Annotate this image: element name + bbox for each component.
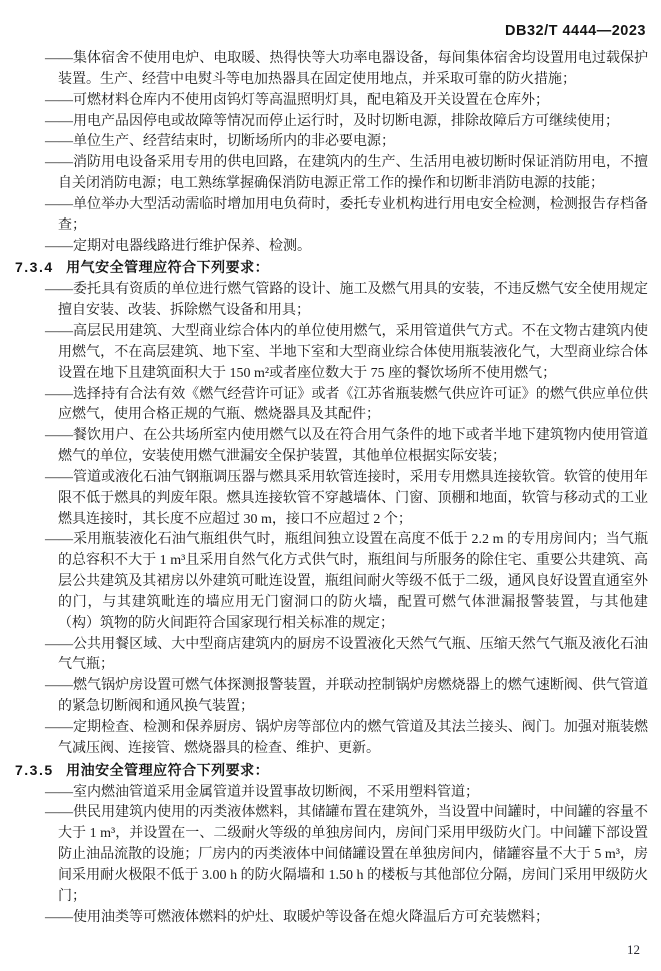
list-item: ——集体宿舍不使用电炉、电取暖、热得快等大功率电器设备，每间集体宿舍均设置用电过… [58, 49, 648, 91]
list-item: ——燃气锅炉房设置可燃气体探测报警装置，并联动控制锅炉房燃烧器上的燃气速断阀、供… [58, 676, 648, 718]
clause-title: 用油安全管理应符合下列要求： [66, 762, 269, 778]
clause-heading-gas: 7.3.4 用气安全管理应符合下列要求： [15, 257, 648, 280]
list-item: ——单位举办大型活动需临时增加用电负荷时，委托专业机构进行用电安全检测，检测报告… [58, 195, 648, 237]
list-item: ——用电产品因停电或故障等情况而停止运行时，及时切断电源，排除故障后方可继续使用… [58, 112, 648, 133]
list-item: ——使用油类等可燃液体燃料的炉灶、取暖炉等设备在熄火降温后方可充装燃料； [58, 908, 648, 929]
list-item: ——管道或液化石油气钢瓶调压器与燃具采用软管连接时，采用专用燃具连接软管。软管的… [58, 468, 648, 531]
page-number: 12 [627, 942, 640, 958]
list-item: ——消防用电设备采用专用的供电回路，在建筑内的生产、生活用电被切断时保证消防用电… [58, 153, 648, 195]
clause-number: 7.3.5 [15, 762, 54, 778]
list-item: ——供民用建筑内使用的丙类液体燃料，其储罐布置在建筑外，当设置中间罐时，中间罐的… [58, 803, 648, 907]
list-item: ——公共用餐区域、大中型商店建筑内的厨房不设置液化天然气气瓶、压缩天然气气瓶及液… [58, 635, 648, 677]
document-page: { "page": { "standard_code": "DB32/T 444… [0, 0, 661, 971]
clause-heading-oil: 7.3.5 用油安全管理应符合下列要求： [15, 760, 648, 783]
list-item: ——高层民用建筑、大型商业综合体内的单位使用燃气，采用管道供气方式。不在文物古建… [58, 322, 648, 385]
list-item: ——室内燃油管道采用金属管道并设置事故切断阀，不采用塑料管道； [58, 783, 648, 804]
clause-title: 用气安全管理应符合下列要求： [66, 259, 269, 275]
list-item: ——选择持有合法有效《燃气经营许可证》或者《江苏省瓶装燃气供应许可证》的燃气供应… [58, 385, 648, 427]
list-item: ——单位生产、经营结束时，切断场所内的非必要电源； [58, 132, 648, 153]
list-item: ——餐饮用户、在公共场所室内使用燃气以及在符合用气条件的地下或者半地下建筑物内使… [58, 426, 648, 468]
list-item: ——可燃材料仓库内不使用卤钨灯等高温照明灯具，配电箱及开关设置在仓库外； [58, 91, 648, 112]
list-item: ——定期对电器线路进行维护保养、检测。 [58, 237, 648, 258]
list-item: ——定期检查、检测和保养厨房、锅炉房等部位内的燃气管道及其法兰接头、阀门。加强对… [58, 718, 648, 760]
standard-code-header: DB32/T 4444—2023 [505, 21, 646, 42]
list-item: ——委托具有资质的单位进行燃气管路的设计、施工及燃气用具的安装，不违反燃气安全使… [58, 280, 648, 322]
list-item: ——采用瓶装液化石油气瓶组供气时，瓶组间独立设置在高度不低于 2.2 m 的专用… [58, 530, 648, 634]
document-body: ——集体宿舍不使用电炉、电取暖、热得快等大功率电器设备，每间集体宿舍均设置用电过… [0, 49, 648, 928]
clause-number: 7.3.4 [15, 259, 54, 275]
